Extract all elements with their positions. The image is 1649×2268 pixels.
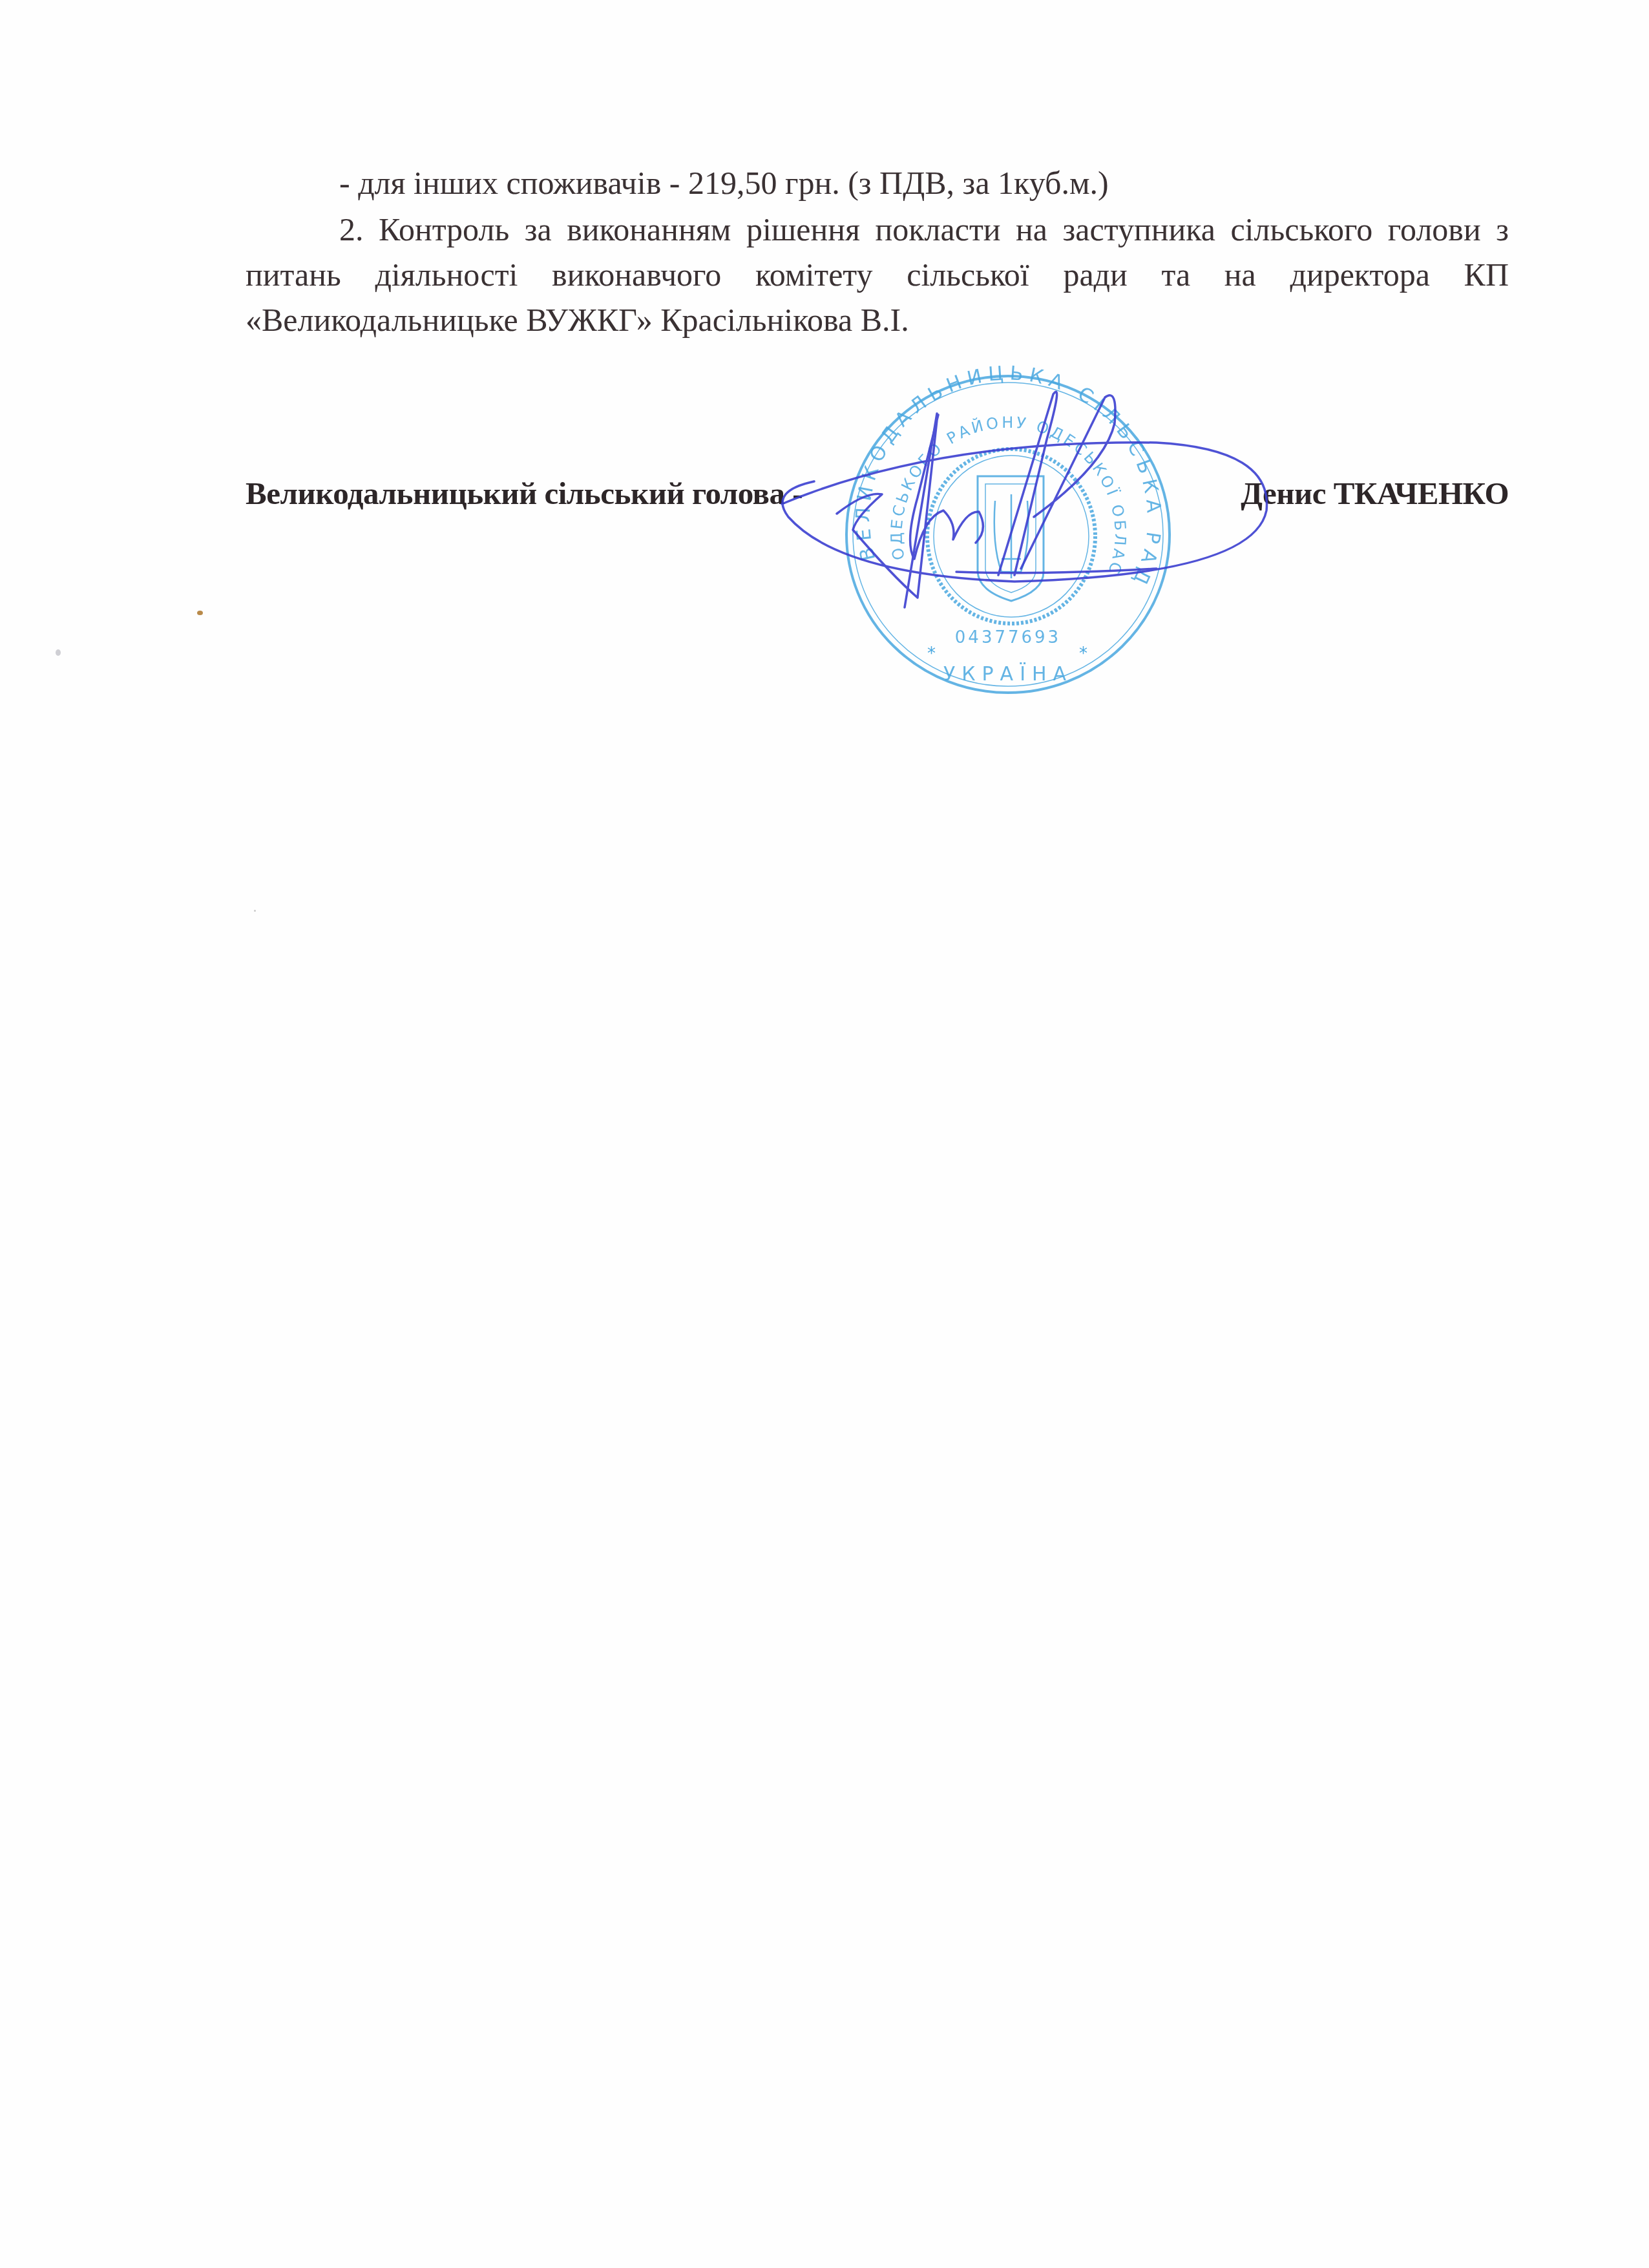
tariff-line-other-consumers: - для інших споживачів - 219,50 грн. (з …	[246, 160, 1509, 205]
paper-speck	[197, 611, 203, 615]
paper-speck	[56, 649, 61, 656]
paragraph-control-clause: 2. Контроль за виконанням рішення поклас…	[246, 207, 1509, 342]
signer-position-title: Великодальницький сільський голова -	[246, 475, 803, 512]
handwritten-signature-icon	[743, 362, 1292, 724]
document-page: - для інших споживачів - 219,50 грн. (з …	[0, 0, 1649, 2268]
paper-speck	[254, 910, 256, 912]
